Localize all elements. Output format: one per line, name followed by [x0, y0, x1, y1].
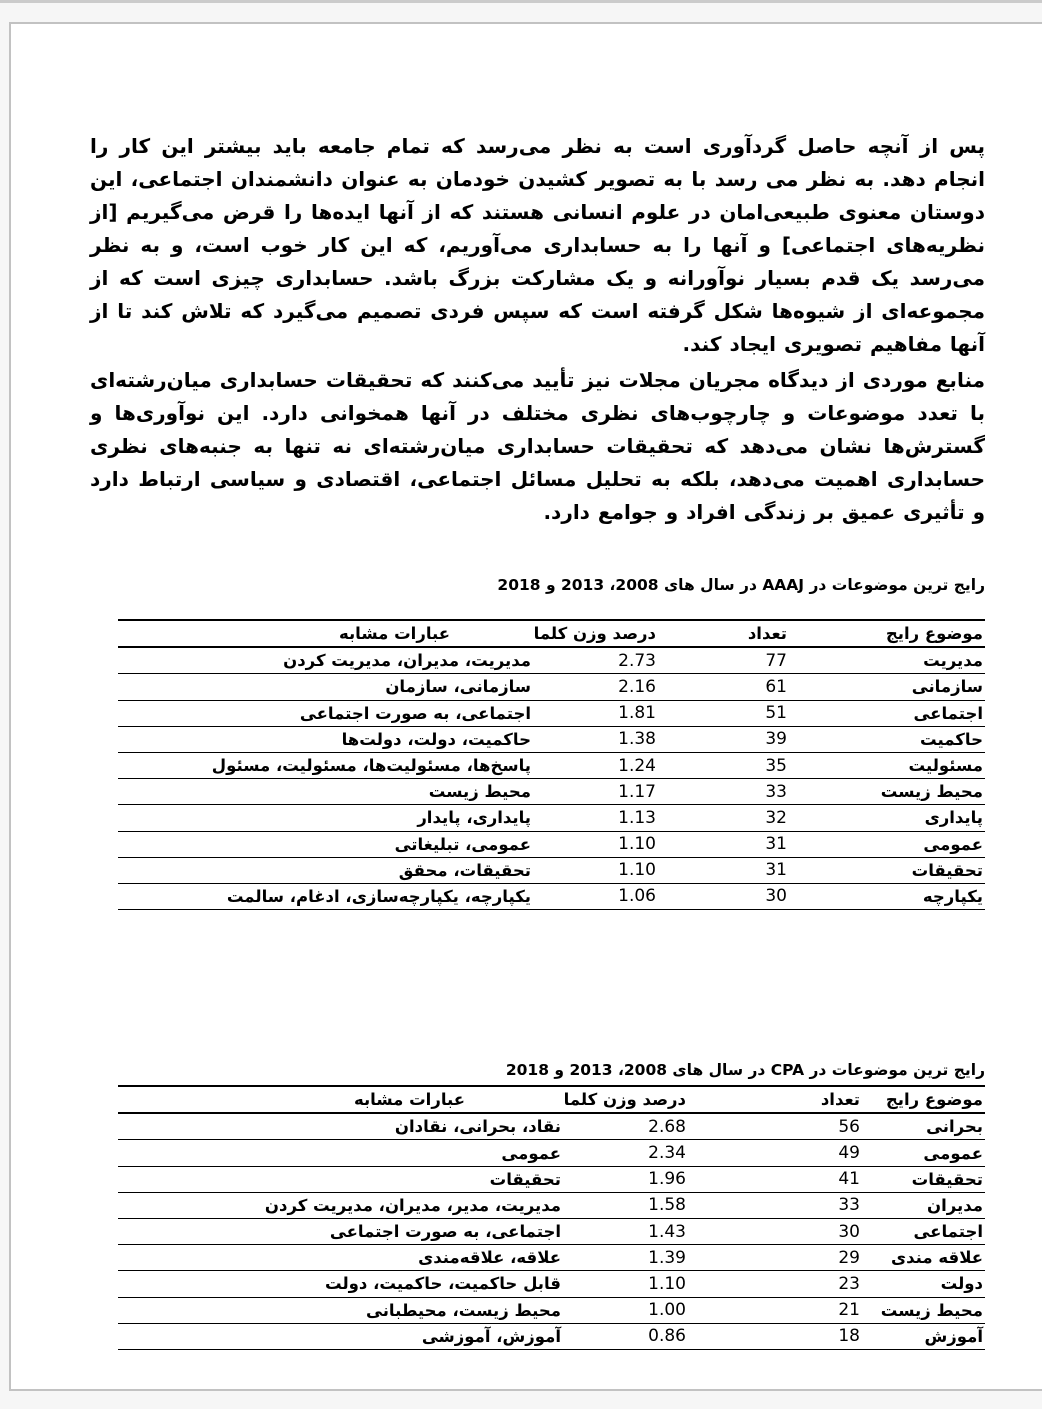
table-row: تحقیقات411.96تحقیقات [118, 1166, 985, 1192]
count-cell: 30 [694, 1219, 866, 1245]
phrases-cell: حاکمیت، دولت، دولت‌ها [118, 726, 533, 752]
topic-cell: اجتماعی [866, 1219, 985, 1245]
count-cell: 39 [664, 726, 823, 752]
topic-cell: مسئولیت [823, 752, 985, 778]
topic-cell: پایداری [823, 805, 985, 831]
percent-cell: 1.00 [563, 1297, 694, 1323]
table-header-row: موضوع رایجتعداددرصد وزن کلمات %عبارات مش… [118, 620, 985, 647]
percent-cell: 1.43 [563, 1219, 694, 1245]
count-cell: 35 [664, 752, 823, 778]
percent-cell: 2.68 [563, 1113, 694, 1140]
percent-cell: 1.10 [533, 831, 664, 857]
topic-cell: محیط زیست [823, 779, 985, 805]
percent-cell: 1.58 [563, 1192, 694, 1218]
phrases-cell: قابل حاکمیت، حاکمیت، دولت [118, 1271, 563, 1297]
paragraph-2: منابع موردی از دیدگاه مجریان مجلات نیز ت… [90, 364, 985, 529]
phrases-cell: پایداری، پایدار [118, 805, 533, 831]
table-row: یکپارچه301.06یکپارچه، یکپارچه‌سازی، ادغا… [118, 883, 985, 909]
count-cell: 29 [694, 1245, 866, 1271]
table-row: مدیران331.58مدیریت، مدیر، مدیران، مدیریت… [118, 1192, 985, 1218]
phrases-cell: نقاد، بحرانی، نقادان [118, 1113, 563, 1140]
phrases-cell: محیط زیست [118, 779, 533, 805]
count-cell: 49 [694, 1140, 866, 1166]
count-cell: 30 [664, 883, 823, 909]
phrases-cell: مدیریت، مدیران، مدیریت کردن [118, 647, 533, 674]
percent-cell: 1.39 [563, 1245, 694, 1271]
phrases-cell: عمومی، تبلیغاتی [118, 831, 533, 857]
table-row: پایداری321.13پایداری، پایدار [118, 805, 985, 831]
table-row: عمومی492.34عمومی [118, 1140, 985, 1166]
topic-cell: یکپارچه [823, 883, 985, 909]
table-row: محیط زیست211.00محیط زیست، محیطبانی [118, 1297, 985, 1323]
percent-cell: 1.81 [533, 700, 664, 726]
page-content: پس از آنچه حاصل گردآوری است به نظر می‌رس… [11, 24, 1042, 1350]
count-cell: 32 [664, 805, 823, 831]
percent-cell: 1.17 [533, 779, 664, 805]
count-cell: 61 [664, 674, 823, 700]
phrases-cell: علاقه، علاقه‌مندی [118, 1245, 563, 1271]
count-cell: 56 [694, 1113, 866, 1140]
count-cell: 23 [694, 1271, 866, 1297]
phrases-cell: مدیریت، مدیر، مدیران، مدیریت کردن [118, 1192, 563, 1218]
percent-cell: 1.10 [533, 857, 664, 883]
percent-cell: 1.38 [533, 726, 664, 752]
window-top-divider [0, 0, 1042, 3]
count-cell: 41 [694, 1166, 866, 1192]
aaaj-topics-table: موضوع رایجتعداددرصد وزن کلمات %عبارات مش… [118, 619, 985, 910]
table-row: سازمانی612.16سازمانی، سازمان [118, 674, 985, 700]
phrases-cell: عمومی [118, 1140, 563, 1166]
topic-cell: سازمانی [823, 674, 985, 700]
phrases-cell: محیط زیست، محیطبانی [118, 1297, 563, 1323]
table-header-row: موضوع رایجتعداددرصد وزن کلمات %عبارات مش… [118, 1086, 985, 1113]
document-page: پس از آنچه حاصل گردآوری است به نظر می‌رس… [9, 22, 1042, 1391]
percent-cell: 0.86 [563, 1323, 694, 1349]
table-row: دولت231.10قابل حاکمیت، حاکمیت، دولت [118, 1271, 985, 1297]
cpa-table-title: رایج ترین موضوعات در CPA در سال های 2008… [90, 1060, 985, 1080]
table-row: مدیریت772.73مدیریت، مدیران، مدیریت کردن [118, 647, 985, 674]
column-header: تعداد [694, 1086, 866, 1113]
table-row: حاکمیت391.38حاکمیت، دولت، دولت‌ها [118, 726, 985, 752]
column-header: عبارات مشابه [118, 620, 533, 647]
topic-cell: دولت [866, 1271, 985, 1297]
count-cell: 77 [664, 647, 823, 674]
phrases-cell: تحقیقات [118, 1166, 563, 1192]
topic-cell: حاکمیت [823, 726, 985, 752]
topic-cell: آموزش [866, 1323, 985, 1349]
table-row: بحرانی562.68نقاد، بحرانی، نقادان [118, 1113, 985, 1140]
topic-cell: علاقه مندی [866, 1245, 985, 1271]
count-cell: 33 [694, 1192, 866, 1218]
aaaj-table-title: رایج ترین موضوعات در AAAJ در سال های 200… [90, 575, 985, 595]
paragraph-1: پس از آنچه حاصل گردآوری است به نظر می‌رس… [90, 130, 985, 361]
topic-cell: عمومی [823, 831, 985, 857]
percent-cell: 1.96 [563, 1166, 694, 1192]
percent-cell: 2.73 [533, 647, 664, 674]
percent-cell: 1.06 [533, 883, 664, 909]
table-row: محیط زیست331.17محیط زیست [118, 779, 985, 805]
count-cell: 31 [664, 831, 823, 857]
topic-cell: تحقیقات [823, 857, 985, 883]
phrases-cell: پاسخ‌ها، مسئولیت‌ها، مسئولیت، مسئول [118, 752, 533, 778]
table-row: اجتماعی511.81اجتماعی، به صورت اجتماعی [118, 700, 985, 726]
phrases-cell: آموزش، آموزشی [118, 1323, 563, 1349]
phrases-cell: یکپارچه، یکپارچه‌سازی، ادغام، سالمت [118, 883, 533, 909]
column-header: موضوع رایج [823, 620, 985, 647]
column-header: درصد وزن کلمات % [563, 1086, 694, 1113]
topic-cell: اجتماعی [823, 700, 985, 726]
table-row: آموزش180.86آموزش، آموزشی [118, 1323, 985, 1349]
phrases-cell: تحقیقات، محقق [118, 857, 533, 883]
column-header: تعداد [664, 620, 823, 647]
table-row: عمومی311.10عمومی، تبلیغاتی [118, 831, 985, 857]
topic-cell: بحرانی [866, 1113, 985, 1140]
topic-cell: تحقیقات [866, 1166, 985, 1192]
column-header: عبارات مشابه [118, 1086, 563, 1113]
topic-cell: مدیریت [823, 647, 985, 674]
table-row: اجتماعی301.43اجتماعی، به صورت اجتماعی [118, 1219, 985, 1245]
table-row: مسئولیت351.24پاسخ‌ها، مسئولیت‌ها، مسئولی… [118, 752, 985, 778]
topic-cell: محیط زیست [866, 1297, 985, 1323]
phrases-cell: اجتماعی، به صورت اجتماعی [118, 1219, 563, 1245]
topic-cell: عمومی [866, 1140, 985, 1166]
percent-cell: 2.16 [533, 674, 664, 700]
column-header: موضوع رایج [866, 1086, 985, 1113]
table-row: تحقیقات311.10تحقیقات، محقق [118, 857, 985, 883]
percent-cell: 2.34 [563, 1140, 694, 1166]
count-cell: 51 [664, 700, 823, 726]
table-row: علاقه مندی291.39علاقه، علاقه‌مندی [118, 1245, 985, 1271]
phrases-cell: اجتماعی، به صورت اجتماعی [118, 700, 533, 726]
document-canvas: { "document": { "paragraphs": [ "پس از آ… [0, 0, 1042, 1409]
count-cell: 21 [694, 1297, 866, 1323]
phrases-cell: سازمانی، سازمان [118, 674, 533, 700]
cpa-topics-table: موضوع رایجتعداددرصد وزن کلمات %عبارات مش… [118, 1085, 985, 1350]
topic-cell: مدیران [866, 1192, 985, 1218]
count-cell: 18 [694, 1323, 866, 1349]
percent-cell: 1.13 [533, 805, 664, 831]
percent-cell: 1.10 [563, 1271, 694, 1297]
count-cell: 31 [664, 857, 823, 883]
percent-cell: 1.24 [533, 752, 664, 778]
count-cell: 33 [664, 779, 823, 805]
column-header: درصد وزن کلمات % [533, 620, 664, 647]
